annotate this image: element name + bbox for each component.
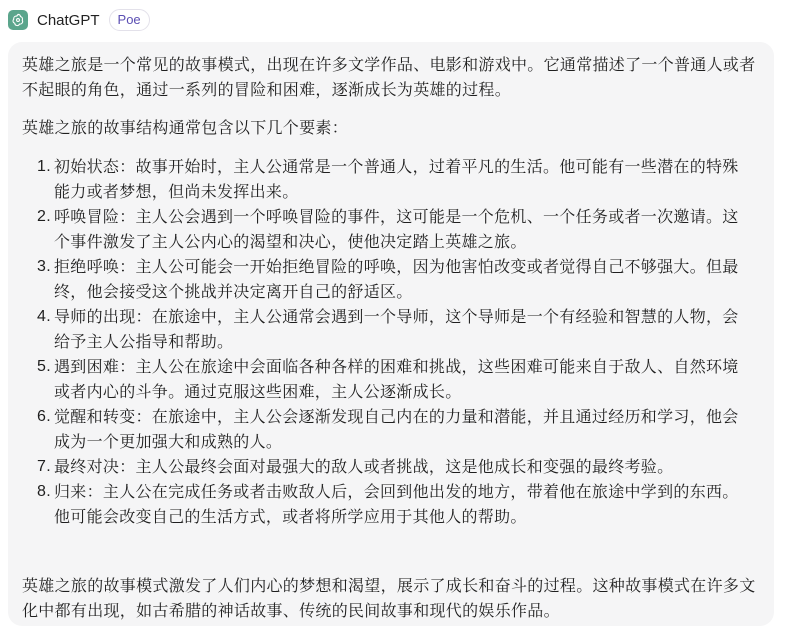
list-item: 2. 呼唤冒险：主人公会遇到一个呼唤冒险的事件，这可能是一个危机、一个任务或者一…: [22, 204, 760, 254]
list-item: 1. 初始状态：故事开始时，主人公通常是一个普通人，过着平凡的生活。他可能有一些…: [22, 154, 760, 204]
list-text: 觉醒和转变：在旅途中，主人公会逐渐发现自己内在的力量和潜能，并且通过经历和学习，…: [54, 404, 760, 454]
list-text: 拒绝呼唤：主人公可能会一开始拒绝冒险的呼唤，因为他害怕改变或者觉得自己不够强大。…: [54, 254, 760, 304]
list-item: 5. 遇到困难：主人公在旅途中会面临各种各样的困难和挑战，这些困难可能来自于敌人…: [22, 354, 760, 404]
conclusion-paragraph: 英雄之旅的故事模式激发了人们内心的梦想和渴望，展示了成长和奋斗的过程。这种故事模…: [22, 573, 760, 623]
hero-journey-list: 1. 初始状态：故事开始时，主人公通常是一个普通人，过着平凡的生活。他可能有一些…: [22, 154, 760, 529]
lead-paragraph: 英雄之旅的故事结构通常包含以下几个要素：: [22, 115, 760, 140]
bot-name[interactable]: ChatGPT: [37, 12, 100, 29]
message-bubble: 英雄之旅是一个常见的故事模式，出现在许多文学作品、电影和游戏中。它通常描述了一个…: [8, 42, 774, 626]
list-text: 呼唤冒险：主人公会遇到一个呼唤冒险的事件，这可能是一个危机、一个任务或者一次邀请…: [54, 204, 760, 254]
poe-badge: Poe: [109, 9, 150, 31]
intro-paragraph: 英雄之旅是一个常见的故事模式，出现在许多文学作品、电影和游戏中。它通常描述了一个…: [22, 52, 760, 102]
list-number: 2.: [22, 204, 54, 254]
list-item: 4. 导师的出现：在旅途中，主人公通常会遇到一个导师，这个导师是一个有经验和智慧…: [22, 304, 760, 354]
list-item: 3. 拒绝呼唤：主人公可能会一开始拒绝冒险的呼唤，因为他害怕改变或者觉得自己不够…: [22, 254, 760, 304]
list-number: 7.: [22, 454, 54, 479]
list-number: 3.: [22, 254, 54, 304]
list-text: 归来：主人公在完成任务或者击败敌人后，会回到他出发的地方，带着他在旅途中学到的东…: [54, 479, 760, 529]
message-header: ChatGPT Poe: [8, 8, 150, 32]
list-number: 5.: [22, 354, 54, 404]
list-item: 8. 归来：主人公在完成任务或者击败敌人后，会回到他出发的地方，带着他在旅途中学…: [22, 479, 760, 529]
list-text: 初始状态：故事开始时，主人公通常是一个普通人，过着平凡的生活。他可能有一些潜在的…: [54, 154, 760, 204]
list-number: 1.: [22, 154, 54, 204]
list-text: 最终对决：主人公最终会面对最强大的敌人或者挑战，这是他成长和变强的最终考验。: [54, 454, 760, 479]
list-number: 8.: [22, 479, 54, 529]
list-item: 6. 觉醒和转变：在旅途中，主人公会逐渐发现自己内在的力量和潜能，并且通过经历和…: [22, 404, 760, 454]
list-number: 4.: [22, 304, 54, 354]
list-text: 遇到困难：主人公在旅途中会面临各种各样的困难和挑战，这些困难可能来自于敌人、自然…: [54, 354, 760, 404]
list-item: 7. 最终对决：主人公最终会面对最强大的敌人或者挑战，这是他成长和变强的最终考验…: [22, 454, 760, 479]
list-text: 导师的出现：在旅途中，主人公通常会遇到一个导师，这个导师是一个有经验和智慧的人物…: [54, 304, 760, 354]
openai-logo-icon[interactable]: [8, 10, 28, 30]
list-number: 6.: [22, 404, 54, 454]
